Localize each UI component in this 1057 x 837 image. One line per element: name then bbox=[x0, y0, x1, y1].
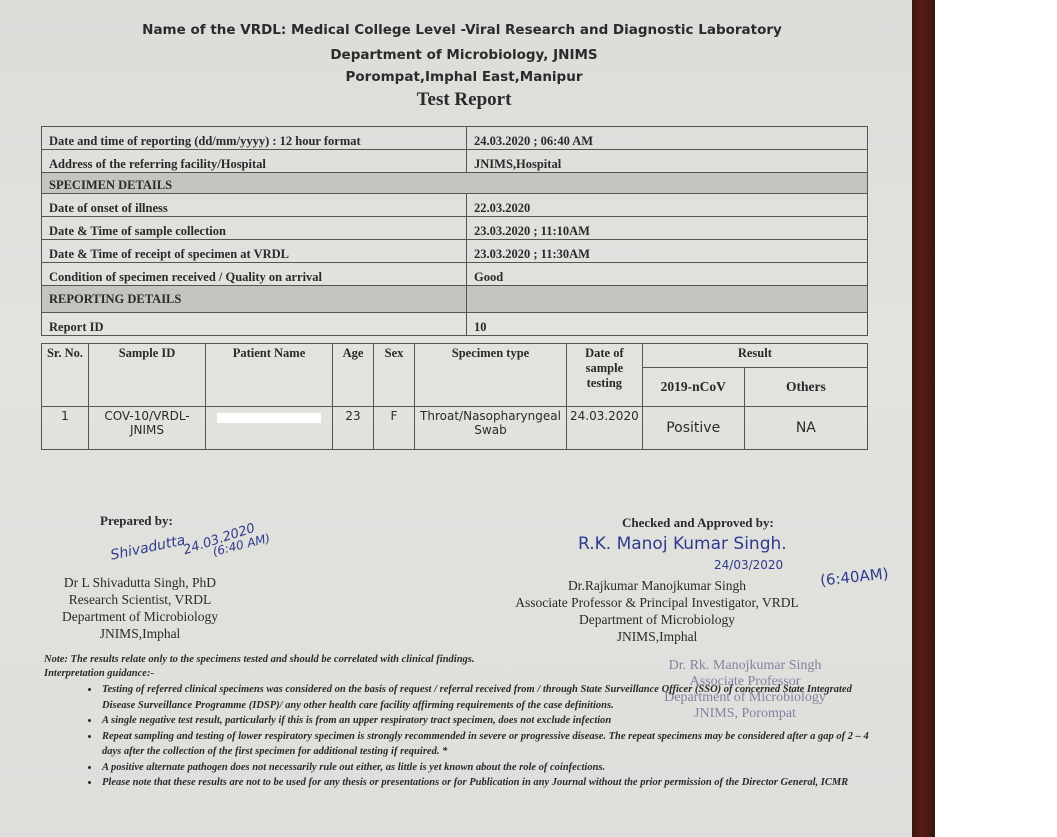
address: Porompat,Imphal East,Manipur bbox=[8, 69, 920, 85]
guidance-item: A positive alternate pathogen does not n… bbox=[100, 760, 870, 776]
approved-sign-date: 24/03/2020 bbox=[714, 558, 783, 572]
guidance-item: Repeat sampling and testing of lower res… bbox=[100, 729, 870, 760]
cell-sex: F bbox=[374, 407, 415, 450]
info-row: Date & Time of receipt of specimen at VR… bbox=[42, 240, 868, 263]
col-others: Others bbox=[744, 367, 867, 406]
results-header-row: Sr. No. Sample ID Patient Name Age Sex S… bbox=[42, 344, 868, 368]
info-label: Date & Time of receipt of specimen at VR… bbox=[42, 240, 467, 263]
report-id-value: 10 bbox=[467, 313, 868, 336]
approved-dept: Department of Microbiology bbox=[512, 611, 802, 628]
approved-heading: Checked and Approved by: bbox=[622, 514, 774, 531]
lab-name: Name of the VRDL: Medical College Level … bbox=[6, 22, 918, 38]
approved-heading-text: Checked and Approved by: bbox=[622, 515, 774, 530]
cell-ncov-result: Positive bbox=[642, 407, 744, 450]
cell-specimen-type: Throat/Nasopharyngeal Swab bbox=[415, 407, 567, 450]
cell-age: 23 bbox=[333, 407, 374, 450]
approved-block: Dr.Rajkumar Manojkumar Singh Associate P… bbox=[512, 577, 802, 645]
results-note: Note: The results relate only to the spe… bbox=[44, 654, 475, 665]
guidance-item: Please note that these results are not t… bbox=[100, 775, 870, 791]
cell-sr: 1 bbox=[42, 407, 89, 450]
col-sex: Sex bbox=[374, 344, 415, 407]
info-label: Condition of specimen received / Quality… bbox=[42, 263, 467, 286]
cell-patient-name bbox=[206, 407, 333, 450]
stamp-line: Dr. Rk. Manojkumar Singh bbox=[640, 658, 850, 674]
col-ncov: 2019-nCoV bbox=[642, 367, 744, 406]
prepared-block: Dr L Shivadutta Singh, PhD Research Scie… bbox=[50, 574, 230, 642]
approved-name: Dr.Rajkumar Manojkumar Singh bbox=[512, 577, 802, 594]
info-label: Date and time of reporting (dd/mm/yyyy) … bbox=[42, 127, 467, 150]
specimen-heading: SPECIMEN DETAILS bbox=[42, 173, 868, 194]
approved-inst: JNIMS,Imphal bbox=[512, 628, 802, 645]
info-value: 23.03.2020 ; 11:30AM bbox=[467, 240, 868, 263]
info-row: Report ID 10 bbox=[42, 313, 868, 336]
info-row: Date of onset of illness 22.03.2020 bbox=[42, 194, 868, 217]
cell-others-result: NA bbox=[744, 407, 867, 450]
info-table: Date and time of reporting (dd/mm/yyyy) … bbox=[41, 126, 868, 336]
col-sr: Sr. No. bbox=[42, 344, 89, 407]
info-label: Address of the referring facility/Hospit… bbox=[42, 150, 467, 173]
guidance-item: Testing of referred clinical specimens w… bbox=[100, 682, 870, 713]
section-heading-row: SPECIMEN DETAILS bbox=[42, 173, 868, 194]
cell-date-testing: 24.03.2020 bbox=[567, 407, 643, 450]
cell-sample-id: COV-10/VRDL-JNIMS bbox=[89, 407, 206, 450]
info-row: Date & Time of sample collection 23.03.2… bbox=[42, 217, 868, 240]
report-id-label: Report ID bbox=[42, 313, 467, 336]
info-value: 23.03.2020 ; 11:10AM bbox=[467, 217, 868, 240]
approved-signature: R.K. Manoj Kumar Singh. bbox=[578, 534, 787, 554]
prepared-heading: Prepared by: bbox=[100, 512, 173, 529]
col-patient-name: Patient Name bbox=[206, 344, 333, 407]
results-table: Sr. No. Sample ID Patient Name Age Sex S… bbox=[41, 343, 868, 450]
guidance-item: A single negative test result, particula… bbox=[100, 713, 870, 729]
department: Department of Microbiology, JNIMS bbox=[8, 47, 920, 63]
info-value: 24.03.2020 ; 06:40 AM bbox=[467, 127, 868, 150]
prepared-role: Research Scientist, VRDL bbox=[50, 591, 230, 608]
info-row: Address of the referring facility/Hospit… bbox=[42, 150, 868, 173]
col-date-testing: Date of sample testing bbox=[567, 344, 643, 407]
prepared-inst: JNIMS,Imphal bbox=[50, 625, 230, 642]
info-row: Date and time of reporting (dd/mm/yyyy) … bbox=[42, 127, 868, 150]
reporting-heading-blank bbox=[467, 286, 868, 313]
col-specimen-type: Specimen type bbox=[415, 344, 567, 407]
section-heading-row: REPORTING DETAILS bbox=[42, 286, 868, 313]
guidance-list: Testing of referred clinical specimens w… bbox=[72, 682, 870, 791]
col-result: Result bbox=[642, 344, 867, 368]
info-label: Date of onset of illness bbox=[42, 194, 467, 217]
info-value: Good bbox=[467, 263, 868, 286]
table-row: 1 COV-10/VRDL-JNIMS 23 F Throat/Nasophar… bbox=[42, 407, 868, 450]
desk-edge bbox=[912, 0, 935, 837]
guidance-heading: Interpretation guidance:- bbox=[44, 668, 154, 679]
info-value: 22.03.2020 bbox=[467, 194, 868, 217]
prepared-heading-text: Prepared by: bbox=[100, 513, 173, 528]
page-title: Test Report bbox=[8, 89, 920, 111]
prepared-name: Dr L Shivadutta Singh, PhD bbox=[50, 574, 230, 591]
col-sample-id: Sample ID bbox=[89, 344, 206, 407]
info-row: Condition of specimen received / Quality… bbox=[42, 263, 868, 286]
redaction-box bbox=[217, 413, 321, 423]
approved-role: Associate Professor & Principal Investig… bbox=[512, 594, 802, 611]
info-label: Date & Time of sample collection bbox=[42, 217, 467, 240]
info-value: JNIMS,Hospital bbox=[467, 150, 868, 173]
col-age: Age bbox=[333, 344, 374, 407]
reporting-heading: REPORTING DETAILS bbox=[42, 286, 467, 313]
prepared-dept: Department of Microbiology bbox=[50, 608, 230, 625]
